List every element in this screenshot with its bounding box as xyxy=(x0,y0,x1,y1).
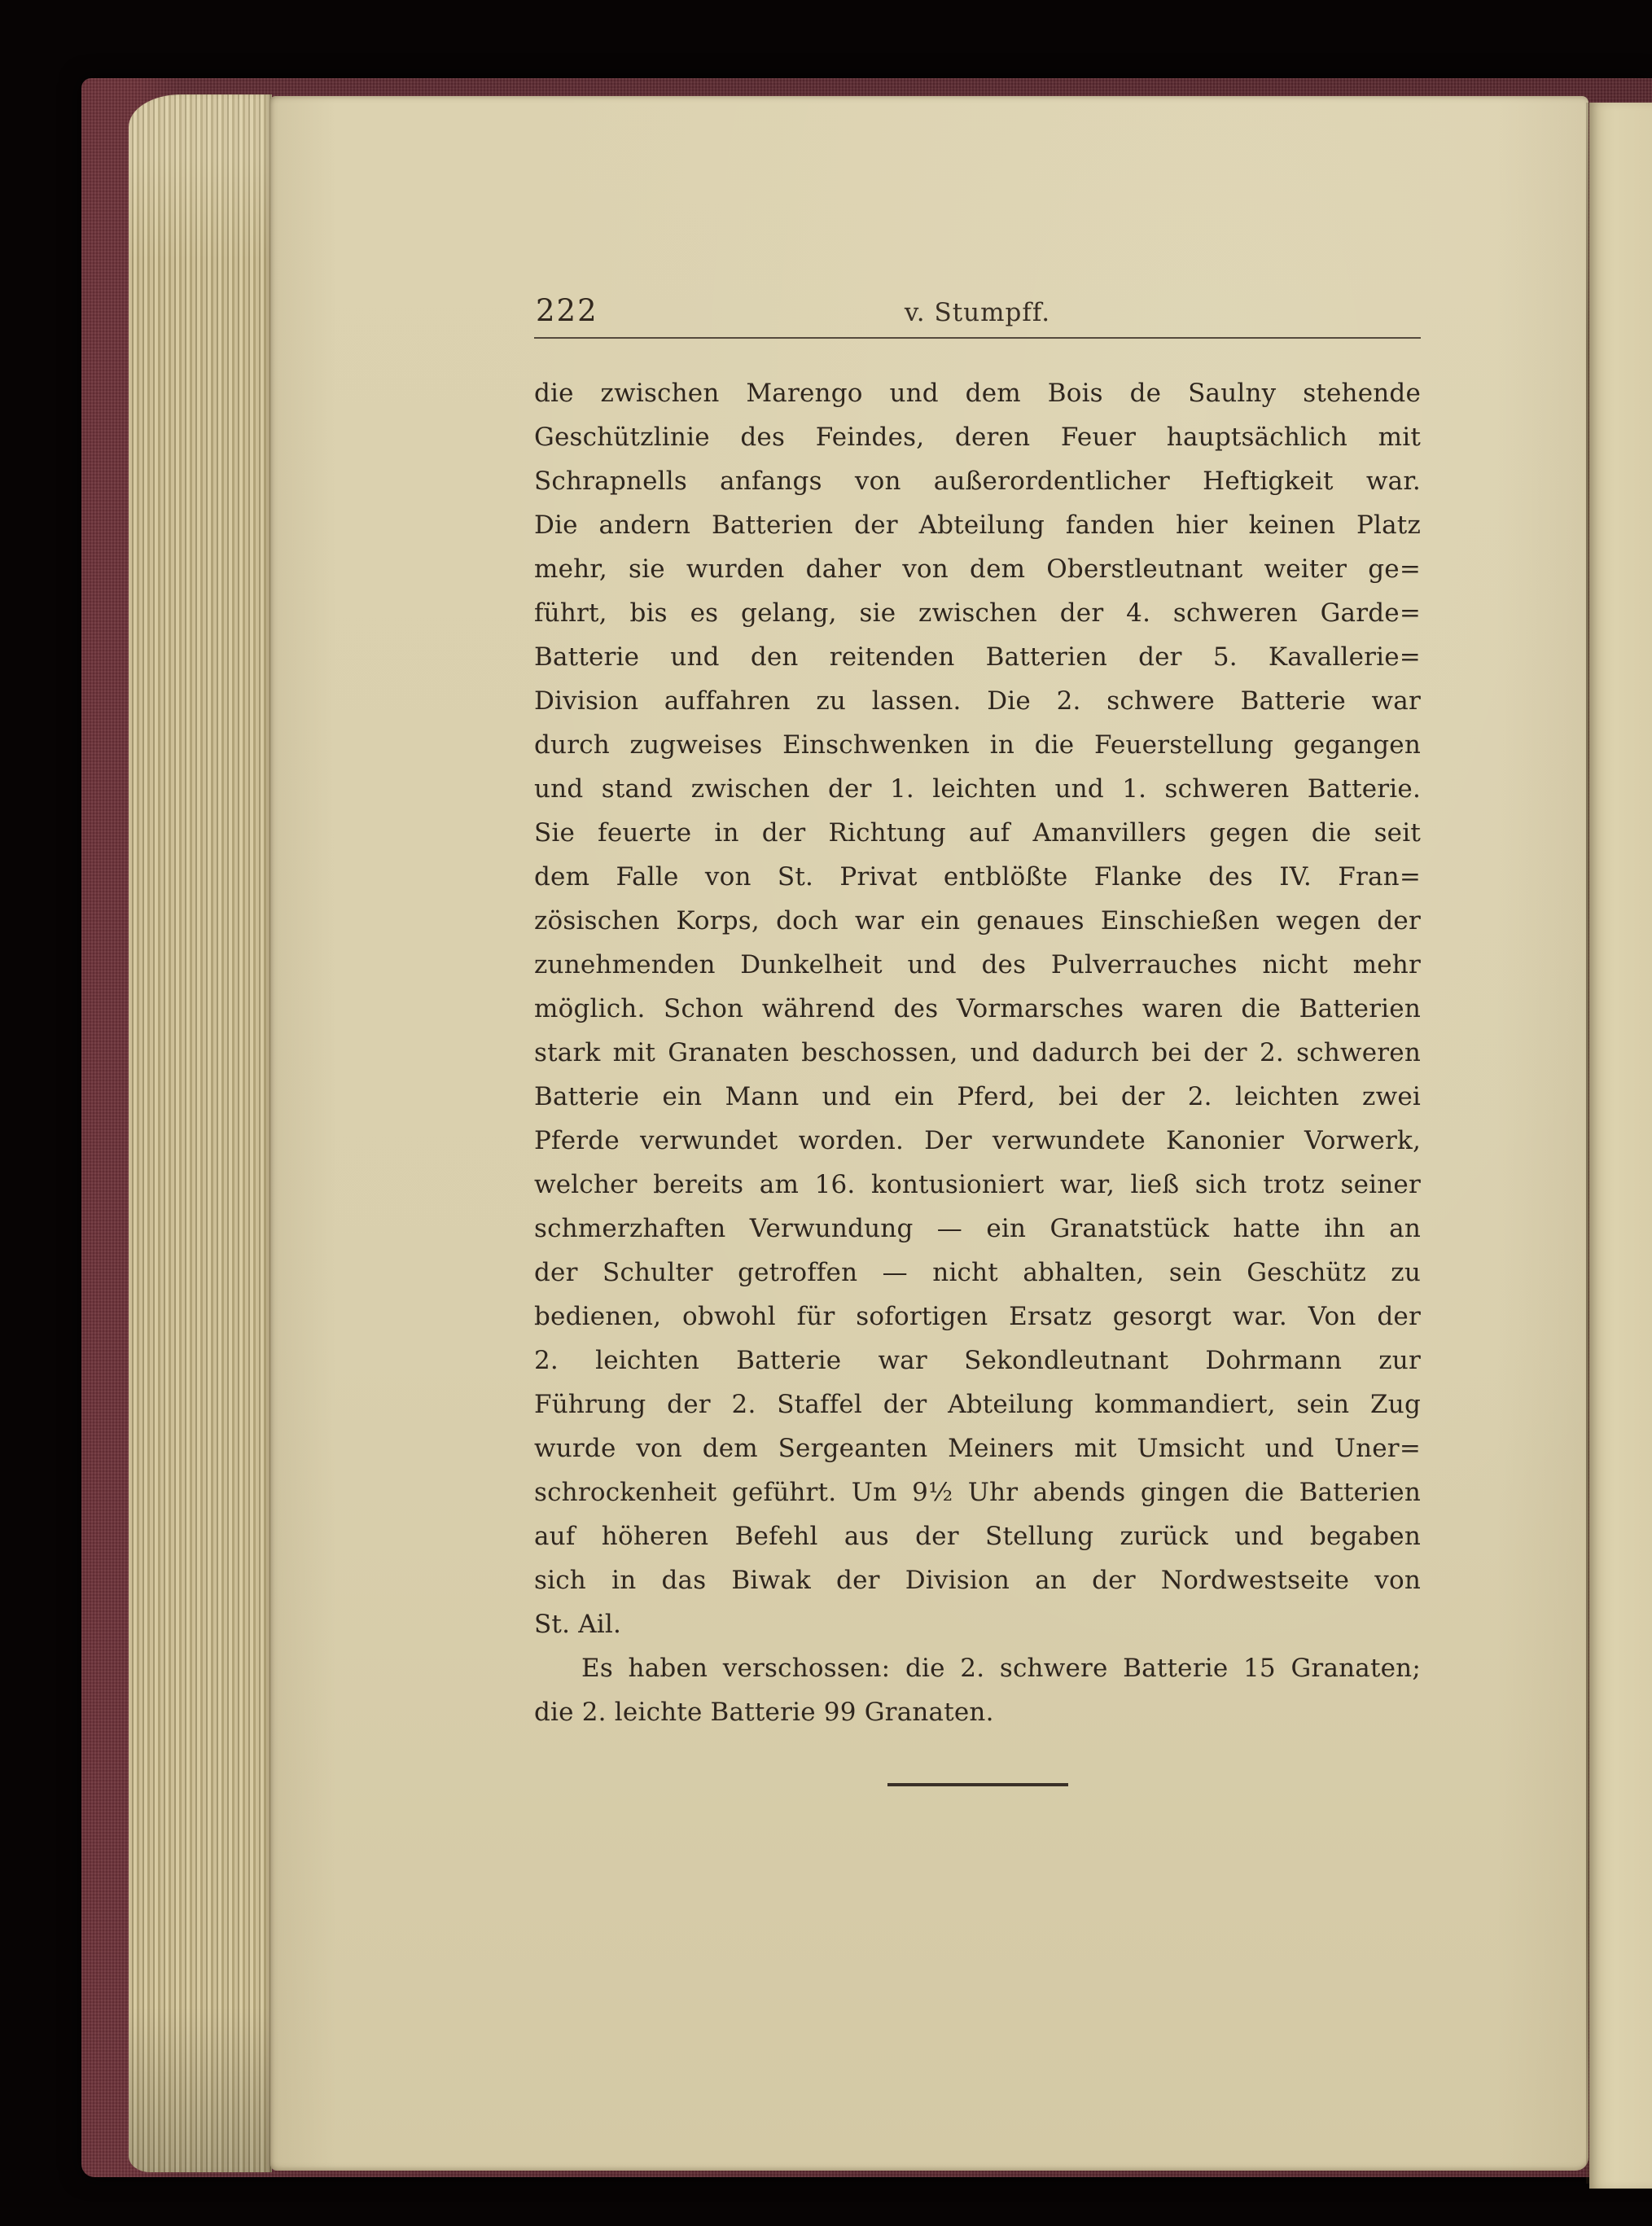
text-line: führt, bis es gelang, sie zwischen der 4… xyxy=(534,591,1421,635)
page-header: 222 v. Stumpff. xyxy=(534,287,1421,339)
page-body: die zwischen Marengo und dem Bois de Sau… xyxy=(534,371,1421,1734)
text-line: schrockenheit geführt. Um 9½ Uhr abends … xyxy=(534,1470,1421,1514)
text-line: welcher bereits am 16. kontusioniert war… xyxy=(534,1163,1421,1207)
text-line: sich in das Biwak der Division an der No… xyxy=(534,1558,1421,1602)
text-line: Sie feuerte in der Richtung auf Amanvill… xyxy=(534,811,1421,855)
text-line: und stand zwischen der 1. leichten und 1… xyxy=(534,767,1421,811)
text-line: der Schulter getroffen — nicht abhalten,… xyxy=(534,1251,1421,1295)
book-scan-photo: 222 v. Stumpff. die zwischen Marengo und… xyxy=(0,0,1652,2226)
text-line: stark mit Granaten beschossen, und dadur… xyxy=(534,1031,1421,1075)
facing-page-edge xyxy=(1589,103,1652,2189)
text-line: Führung der 2. Staffel der Abteilung kom… xyxy=(534,1382,1421,1426)
text-line: 2. leichten Batterie war Sekondleutnant … xyxy=(534,1339,1421,1382)
text-line: St. Ail. xyxy=(534,1602,1421,1646)
text-line: Geschützlinie des Feindes, deren Feuer h… xyxy=(534,415,1421,459)
printed-text-block: 222 v. Stumpff. die zwischen Marengo und… xyxy=(534,287,1421,1786)
text-line: schmerzhaften Verwundung — ein Granatstü… xyxy=(534,1207,1421,1251)
text-line: Die andern Batterien der Abteilung fande… xyxy=(534,503,1421,547)
text-line: zösischen Korps, doch war ein genaues Ei… xyxy=(534,899,1421,943)
text-line: Es haben verschossen: die 2. schwere Bat… xyxy=(534,1646,1421,1690)
text-line: durch zugweises Einschwenken in die Feue… xyxy=(534,723,1421,767)
text-line: mehr, sie wurden daher von dem Oberstleu… xyxy=(534,547,1421,591)
text-line: die zwischen Marengo und dem Bois de Sau… xyxy=(534,371,1421,415)
section-divider-rule xyxy=(887,1783,1068,1786)
text-line: auf höheren Befehl aus der Stellung zurü… xyxy=(534,1514,1421,1558)
text-line: Batterie und den reitenden Batterien der… xyxy=(534,635,1421,679)
text-line: bedienen, obwohl für sofortigen Ersatz g… xyxy=(534,1295,1421,1339)
text-line: Pferde verwundet worden. Der verwundete … xyxy=(534,1119,1421,1163)
running-header: v. Stumpff. xyxy=(534,298,1421,327)
text-line: möglich. Schon während des Vormarsches w… xyxy=(534,987,1421,1031)
text-line: Division auffahren zu lassen. Die 2. sch… xyxy=(534,679,1421,723)
text-line: die 2. leichte Batterie 99 Granaten. xyxy=(534,1690,1421,1734)
page-edge-stack xyxy=(129,94,272,2172)
text-line: zunehmenden Dunkelheit und des Pulverrau… xyxy=(534,943,1421,987)
text-line: dem Falle von St. Privat entblößte Flank… xyxy=(534,855,1421,899)
text-line: Batterie ein Mann und ein Pferd, bei der… xyxy=(534,1075,1421,1119)
text-line: wurde von dem Sergeanten Meiners mit Ums… xyxy=(534,1426,1421,1470)
text-line: Schrapnells anfangs von außerordentliche… xyxy=(534,459,1421,503)
